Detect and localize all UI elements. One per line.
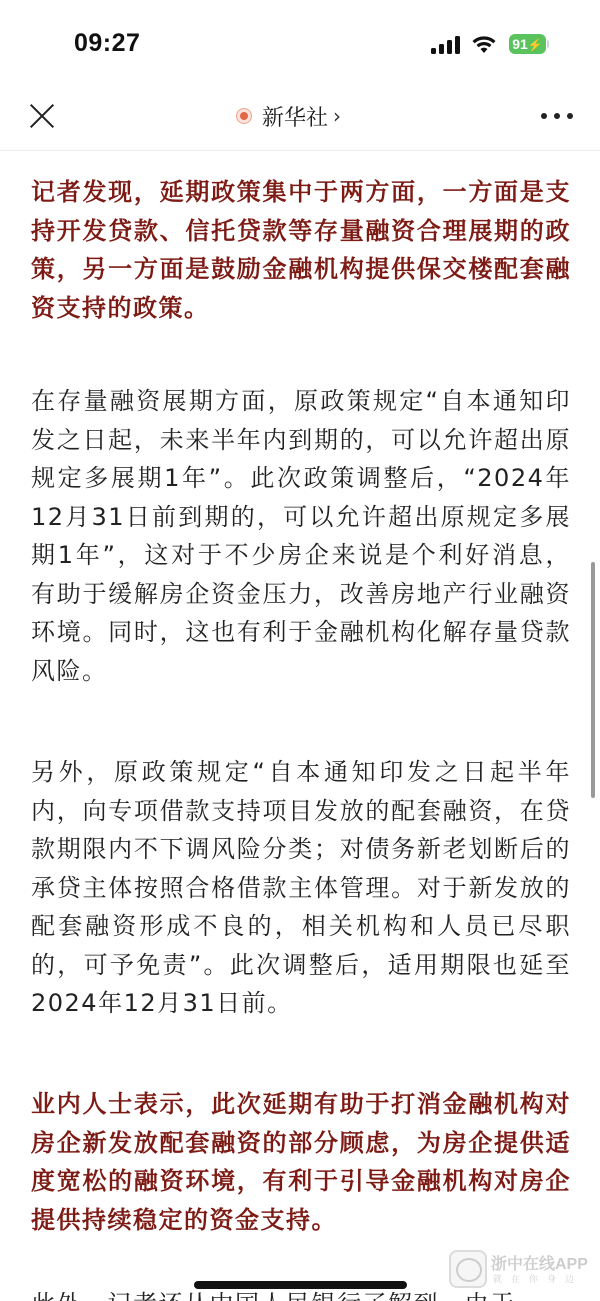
home-indicator[interactable] [194,1281,407,1289]
article-paragraph-emphasis: 记者发现，延期政策集中于两方面，一方面是支持开发贷款、信托贷款等存量融资合理展期… [31,173,571,327]
account-avatar-dot-icon [236,108,252,124]
more-icon[interactable] [541,111,573,121]
status-time: 09:27 [74,29,140,58]
wifi-icon [471,33,497,55]
account-link[interactable]: 新华社 › [236,100,341,132]
nav-bar: 新华社 › [0,80,600,151]
battery-indicator: 91⚡ [509,34,546,54]
charging-bolt-icon: ⚡ [528,38,543,52]
watermark-logo-icon [449,1250,487,1288]
battery-percent: 91 [512,36,528,52]
article-paragraph-emphasis: 业内人士表示，此次延期有助于打消金融机构对房企新发放配套融资的部分顾虑，为房企提… [31,1085,571,1239]
watermark-subtitle: 就在你身边 [493,1272,583,1285]
battery-tip [547,40,549,48]
status-bar: 09:27 91⚡ [0,0,600,80]
watermark-title: 浙中在线APP [491,1251,588,1274]
close-icon[interactable] [28,102,56,130]
scrollbar[interactable] [591,562,595,798]
watermark: 浙中在线APP 就在你身边 [449,1250,597,1290]
cellular-signal-icon [431,36,463,54]
article-paragraph: 在存量融资展期方面，原政策规定“自本通知印发之日起，未来半年内到期的，可以允许超… [31,382,571,690]
article-paragraph: 另外，原政策规定“自本通知印发之日起半年内，向专项借款支持项目发放的配套融资，在… [31,753,571,1023]
chevron-right-icon: › [333,104,341,128]
account-name: 新华社 [262,101,328,132]
